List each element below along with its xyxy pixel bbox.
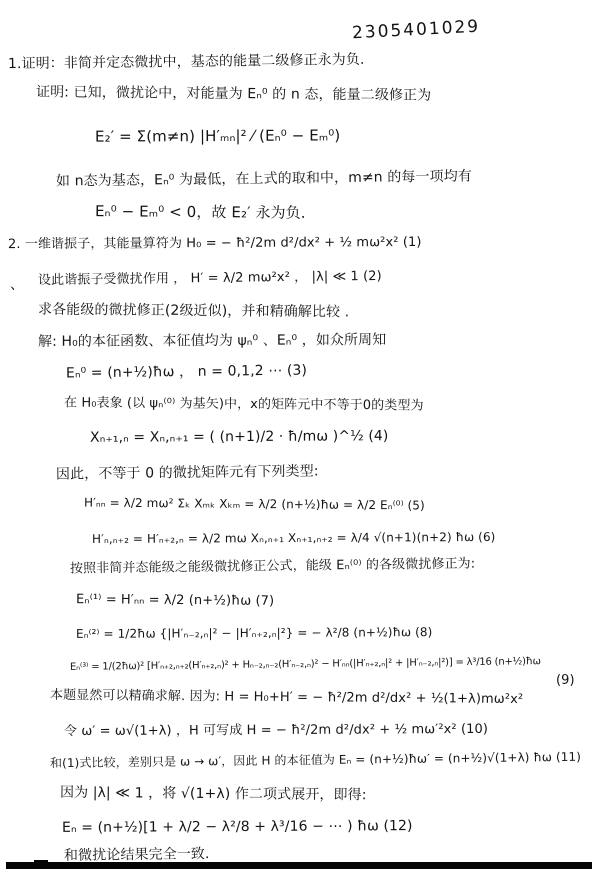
line-eq5-diagonal: H′ₙₙ = λ/2 mω² Σₖ Xₘₖ Xₖₘ = λ/2 (n+½)ħω … <box>84 497 425 513</box>
scan-artifact-notch <box>34 860 48 863</box>
line-nonzero-note: 因此，不等于 0 的微扰矩阵元有下列类型: <box>56 464 319 483</box>
line-exact-solution-note: 本题显然可以精确求解. 因为: H = H₀+H′ = − ħ²/2m d²/d… <box>50 689 523 707</box>
line-expansion-note: 因为 |λ| ≪ 1 ，将 √(1+λ) 作二项式展开，即得: <box>60 786 367 804</box>
line-solution-intro: 解: H₀的本征函数、本征值均为 ψₙ⁰ 、Eₙ⁰ ，如众所周知 <box>38 333 386 350</box>
line-representation-note: 在 H₀表象 (以 ψₙ⁽⁰⁾ 为基矢)中，x的矩阵元中不等于0的类型为 <box>64 396 424 413</box>
line-problem1-statement: 1.证明：非简并定态微扰中，基态的能量二级修正永为负. <box>8 53 365 73</box>
line-eq10-rewritten: 令 ω′ = ω√(1+λ) ，H 可写成 H = − ħ²/2m d²/dx²… <box>64 723 488 740</box>
line-eq9-number: (9) <box>556 674 575 688</box>
line-correction-formula: 按照非简并态能级之能级微扰修正公式，能级 Eₙ⁽⁰⁾ 的各级微扰修正为: <box>70 558 475 577</box>
line-eq4-matrix-element: Xₙ₊₁,ₙ = Xₙ,ₙ₊₁ = ( (n+1)/2 · ħ/mω )^½ (… <box>90 429 389 446</box>
line-problem2-eq1: 2. 一维谐振子，其能量算符为 H₀ = − ħ²/2m d²/dx² + ½ … <box>8 236 422 252</box>
line-eq12-expanded: Eₙ = (n+½)[1 + λ/2 − λ²/8 + λ³/16 − ⋯ ) … <box>62 819 413 836</box>
line-negativity-conclusion: Eₙ⁰ − Eₘ⁰ < 0，故 E₂′ 永为负. <box>95 203 306 221</box>
line-proof-intro: 证明: 已知，微扰论中，对能量为 Eₙ⁰ 的 n 态，能量二级修正为 <box>36 85 431 104</box>
line-ground-state-argument: 如 n态为基态，Eₙ⁰ 为最低，在上式的取和中，m≠n 的每一项均有 <box>56 169 472 189</box>
handwritten-page: 2305401029 1.证明：非简并定态微扰中，基态的能量二级修正永为负. 证… <box>0 0 592 870</box>
scan-artifact-bar <box>6 862 592 869</box>
line-eq8-second-order: Eₙ⁽²⁾ = 1/2ħω {|H′ₙ₋₂,ₙ|² − |H′ₙ₊₂,ₙ|²} … <box>76 626 432 641</box>
line-eq6-offdiagonal: H′ₙ,ₙ₊₂ = H′ₙ₊₂,ₙ = λ/2 mω Xₙ,ₙ₊₁ Xₙ₊₁,ₙ… <box>92 531 496 546</box>
line-task-statement: 求各能级的微扰修正(2级近似)，并和精确解比较 . <box>38 303 349 321</box>
line-eq7-first-order: Eₙ⁽¹⁾ = H′ₙₙ = λ/2 (n+½)ħω (7) <box>76 593 274 609</box>
line-eq3-levels: Eₙ⁰ = (n+½)ħω ， n = 0,1,2 ⋯ (3) <box>66 364 307 382</box>
margin-mark: 、 <box>10 278 24 293</box>
line-perturbation-eq2: 设此谐振子受微扰作用 ， H′ = λ/2 mω²x² ， |λ| ≪ 1 (2… <box>38 270 382 288</box>
line-eq-second-order: E₂′ = Σ(m≠n) |H′ₘₙ|² ⁄ (Eₙ⁰ − Eₘ⁰) <box>95 127 340 145</box>
line-eq11-exact-levels: 和(1)式比较，差别只是 ω → ω′，因此 H 的本征值为 Eₙ = (n+½… <box>50 751 581 771</box>
student-id: 2305401029 <box>352 17 481 44</box>
line-eq9-third-order: Eₙ⁽³⁾ = 1/(2ħω)² [H′ₙ₊₂,ₙ₊₂(H′ₙ₊₂,ₙ)² + … <box>70 656 541 673</box>
